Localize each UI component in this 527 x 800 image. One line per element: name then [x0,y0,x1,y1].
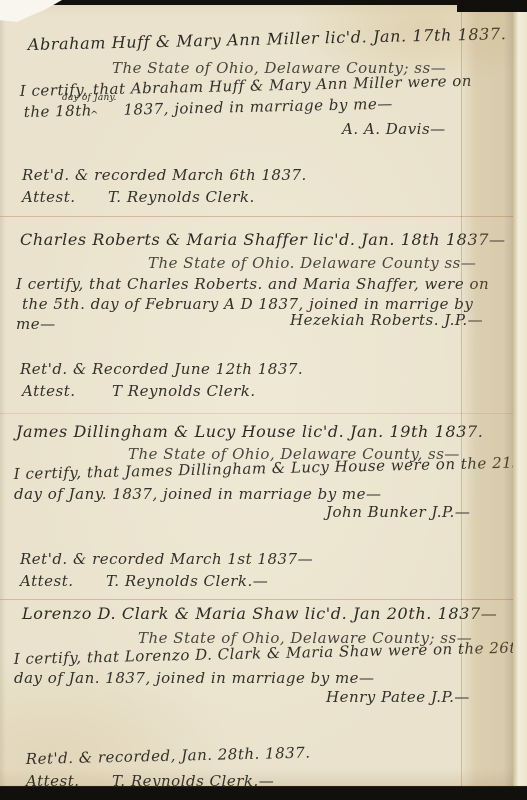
aged-edge-strip [460,3,513,786]
record-1-return-line: Ret'd. & recorded March 6th 1837. [22,168,307,183]
record-2-clerk-signature: T Reynolds Clerk. [112,384,256,399]
scanned-document: Abraham Huff & Mary Ann Miller lic'd. Ja… [0,0,527,800]
photo-edge-top-right [457,0,527,12]
record-3-return-line: Ret'd. & recorded March 1st 1837— [20,552,313,567]
record-1-clerk-signature: T. Reynolds Clerk. [108,190,255,205]
ruled-separator [0,599,513,600]
record-3-attest-label: Attest. [20,574,74,589]
record-3-signature: John Bunker J.P.— [326,505,470,520]
record-2-state-line: The State of Ohio. Delaware County ss— [148,256,476,271]
record-4-cert-line2: day of Jan. 1837, joined in marriage by … [14,671,375,686]
photo-edge-top [0,0,527,5]
record-2-cert-line1: I certify, that Charles Roberts. and Mar… [16,277,489,292]
record-2-signature: Hezekiah Roberts. J.P.— [290,313,483,328]
record-2-return-line: Ret'd. & Recorded June 12th 1837. [20,362,303,377]
record-3-cert-line2: day of Jany. 1837, joined in marriage by… [14,487,382,502]
page-crease [461,3,462,786]
record-2-cert-line3: me— [16,317,56,332]
ruled-separator [0,413,513,414]
record-3-clerk-signature: T. Reynolds Clerk.— [106,574,268,589]
record-2-cert-line2: the 5th. day of February A D 1837, joine… [22,297,473,312]
record-4-heading: Lorenzo D. Clark & Maria Shaw lic'd. Jan… [22,606,497,622]
photo-edge-bottom [0,787,527,800]
record-4-return-line: Ret'd. & recorded, Jan. 28th. 1837. [26,746,311,767]
record-2-attest-label: Attest. [22,384,76,399]
record-1-attest-label: Attest. [22,190,76,205]
ruled-separator [0,216,513,217]
record-1-insertion: day of Jany. [62,94,117,103]
ledger-page: Abraham Huff & Mary Ann Miller lic'd. Ja… [0,3,515,786]
record-1-signature: A. A. Davis— [342,122,446,137]
record-3-heading: James Dillingham & Lucy House lic'd. Jan… [16,424,483,440]
record-3-cert-line1: I certify, that James Dillingham & Lucy … [14,455,527,482]
record-1-caret: ^ [90,111,99,121]
record-1-heading: Abraham Huff & Mary Ann Miller lic'd. Ja… [28,26,507,53]
underlying-page-edge [513,10,527,786]
record-4-signature: Henry Patee J.P.— [326,690,470,705]
record-4-cert-line1: I certify, that Lorenzo D. Clark & Maria… [14,640,527,667]
record-2-heading: Charles Roberts & Maria Shaffer lic'd. J… [20,232,506,248]
